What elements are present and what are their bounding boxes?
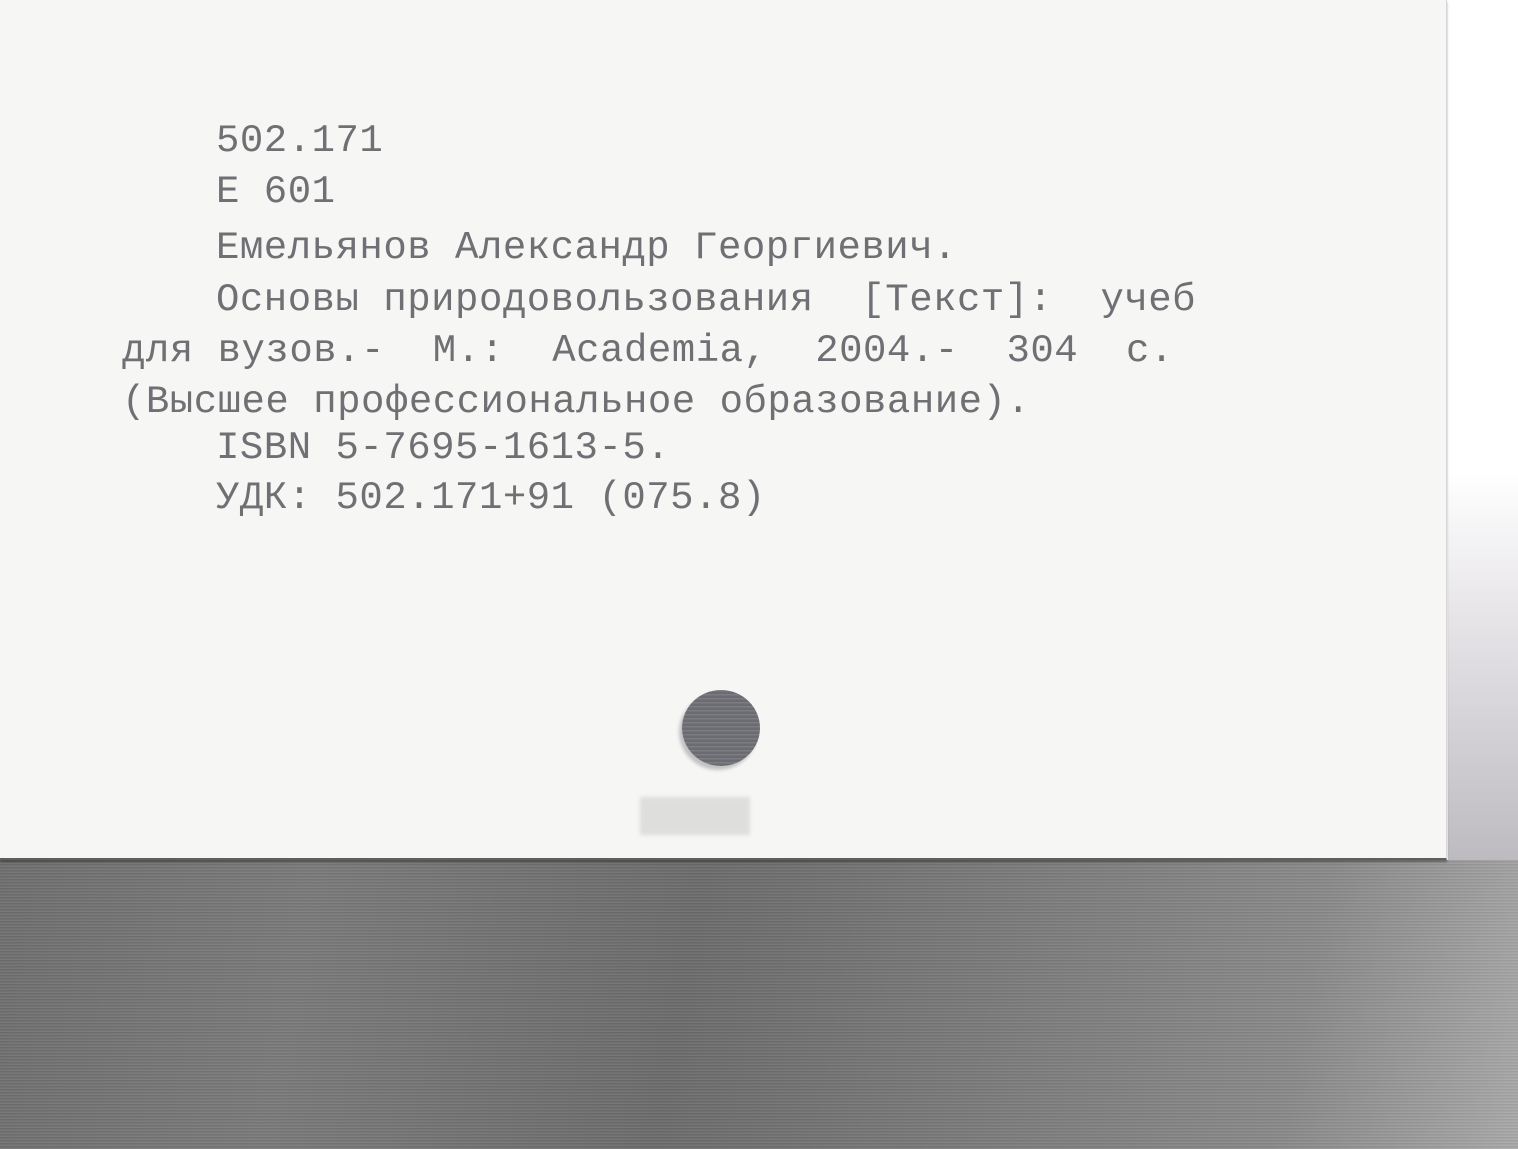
scanner-edge [1448,0,1518,860]
scanner-background [0,860,1518,1149]
udc: УДК: 502.171+91 (075.8) [216,472,766,524]
catalog-card: 502.171 Е 601 Емельянов Александр Георги… [0,0,1447,860]
author-mark: Е 601 [216,166,336,218]
author-name: Емельянов Александр Георгиевич. [216,222,957,274]
faint-stamp [640,797,750,835]
isbn: ISBN 5-7695-1613-5. [216,422,670,474]
title-line-2: для вузов.- М.: Academia, 2004.- 304 с. [122,325,1174,377]
call-number: 502.171 [216,115,383,167]
punch-hole [682,690,760,766]
series: (Высшее профессиональное образование). [122,376,1030,428]
title-line-1: Основы природовользования [Текст]: учеб [216,274,1196,326]
